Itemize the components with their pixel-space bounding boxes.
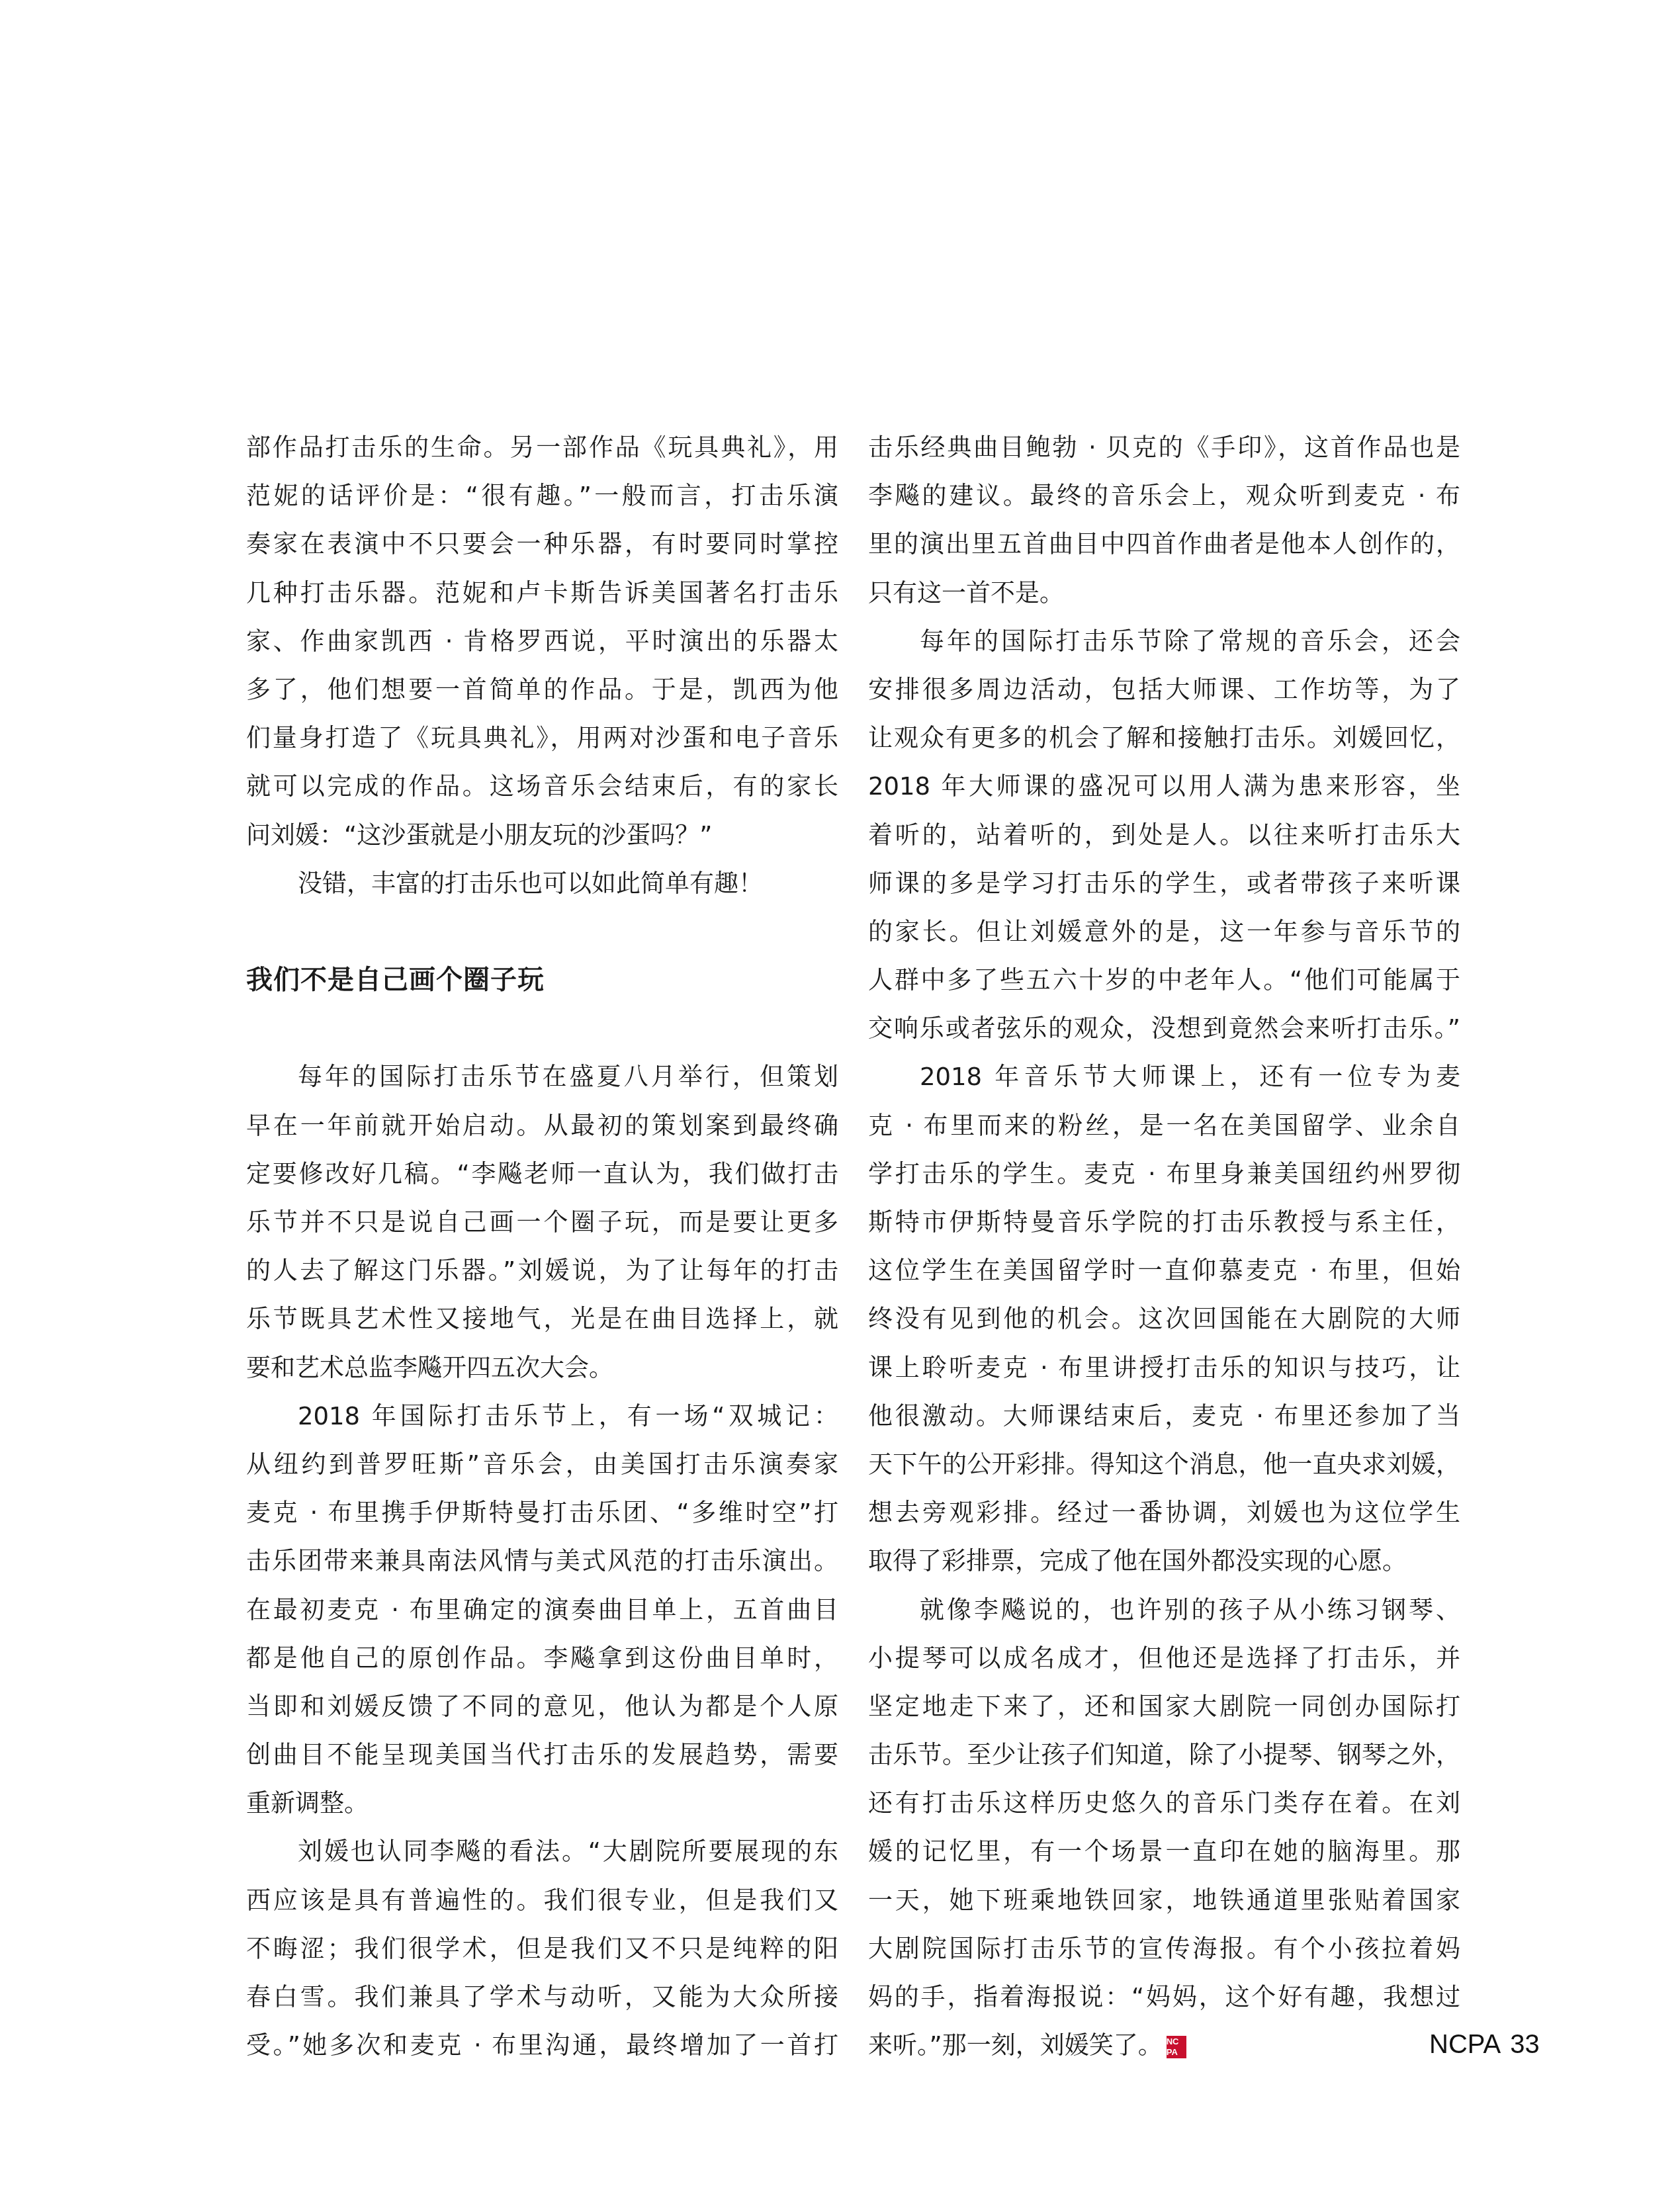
text-line: 终没有见到他的机会。这次回国能在大剧院的大师 bbox=[868, 1295, 1460, 1343]
text-line: 创曲目不能呈现美国当代打击乐的发展趋势，需要 bbox=[246, 1731, 838, 1779]
text-line: 学打击乐的学生。麦克 · 布里身兼美国纽约州罗彻 bbox=[868, 1150, 1460, 1198]
text-line: 受。”她多次和麦克 · 布里沟通，最终增加了一首打 bbox=[246, 2021, 838, 2070]
text-line: 克 · 布里而来的粉丝，是一名在美国留学、业余自 bbox=[868, 1102, 1460, 1150]
text-line: 在最初麦克 · 布里确定的演奏曲目单上，五首曲目 bbox=[246, 1586, 838, 1634]
text-line: 李飚的建议。最终的音乐会上，观众听到麦克 · 布 bbox=[868, 472, 1460, 520]
text-line: 每年的国际打击乐节在盛夏八月举行，但策划 bbox=[246, 1053, 838, 1101]
text-line: 媛的记忆里，有一个场景一直印在她的脑海里。那 bbox=[868, 1827, 1460, 1876]
text-line: 坚定地走下来了，还和国家大剧院一同创办国际打 bbox=[868, 1683, 1460, 1731]
text-line: 几种打击乐器。范妮和卢卡斯告诉美国著名打击乐 bbox=[246, 569, 838, 617]
text-line: 交响乐或者弦乐的观众，没想到竟然会来听打击乐。” bbox=[868, 1004, 1460, 1053]
text-line: 2018 年音乐节大师课上，还有一位专为麦 bbox=[868, 1053, 1460, 1101]
text-line: 还有打击乐这样历史悠久的音乐门类存在着。在刘 bbox=[868, 1779, 1460, 1827]
text-line: 大剧院国际打击乐节的宣传海报。有个小孩拉着妈 bbox=[868, 1925, 1460, 1973]
text-line: 从纽约到普罗旺斯”音乐会，由美国打击乐演奏家 bbox=[246, 1440, 838, 1489]
text-line: 只有这一首不是。 bbox=[868, 569, 1460, 617]
text-line: 问刘媛：“这沙蛋就是小朋友玩的沙蛋吗？” bbox=[246, 811, 838, 859]
text-line: 不晦涩；我们很学术，但是我们又不只是纯粹的阳 bbox=[246, 1925, 838, 1973]
text-line: 课上聆听麦克 · 布里讲授打击乐的知识与技巧，让 bbox=[868, 1344, 1460, 1392]
text-line: 没错，丰富的打击乐也可以如此简单有趣！ bbox=[246, 859, 838, 908]
text-line: 斯特市伊斯特曼音乐学院的打击乐教授与系主任， bbox=[868, 1198, 1460, 1247]
text-line: 就像李飚说的，也许别的孩子从小练习钢琴、 bbox=[868, 1586, 1460, 1634]
ncpa-end-mark-icon: NCPA bbox=[1167, 2036, 1186, 2058]
text-line: 范妮的话评价是：“很有趣。”一般而言，打击乐演 bbox=[246, 472, 838, 520]
text-line: 这位学生在美国留学时一直仰慕麦克 · 布里，但始 bbox=[868, 1247, 1460, 1295]
text-line: 他很激动。大师课结束后，麦克 · 布里还参加了当 bbox=[868, 1392, 1460, 1440]
text-line: 西应该是具有普遍性的。我们很专业，但是我们又 bbox=[246, 1876, 838, 1925]
end-mark-line1: NC bbox=[1167, 2036, 1186, 2047]
text-line: 击乐节。至少让孩子们知道，除了小提琴、钢琴之外， bbox=[868, 1731, 1460, 1779]
right-column: 击乐经典曲目鲍勃 · 贝克的《手印》，这首作品也是李飚的建议。最终的音乐会上，观… bbox=[868, 423, 1460, 2070]
text-line: 2018 年国际打击乐节上，有一场“双城记： bbox=[246, 1392, 838, 1440]
text-line: 就可以完成的作品。这场音乐会结束后，有的家长 bbox=[246, 762, 838, 810]
text-line: 乐节既具艺术性又接地气，光是在曲目选择上，就 bbox=[246, 1295, 838, 1343]
text-line: 击乐团带来兼具南法风情与美式风范的打击乐演出。 bbox=[246, 1537, 838, 1585]
text-line: 的家长。但让刘媛意外的是，这一年参与音乐节的 bbox=[868, 908, 1460, 956]
page-number: 33 bbox=[1510, 2030, 1540, 2059]
text-line: 多了，他们想要一首简单的作品。于是，凯西为他 bbox=[246, 666, 838, 714]
page-folio: NCPA33 bbox=[1429, 2030, 1540, 2060]
text-line: 里的演出里五首曲目中四首作曲者是他本人创作的， bbox=[868, 520, 1460, 568]
text-line: 每年的国际打击乐节除了常规的音乐会，还会 bbox=[868, 617, 1460, 666]
text-line: 奏家在表演中不只要会一种乐器，有时要同时掌控 bbox=[246, 520, 838, 568]
text-line: 着听的，站着听的，到处是人。以往来听打击乐大 bbox=[868, 811, 1460, 859]
text-line: 乐节并不只是说自己画一个圈子玩，而是要让更多 bbox=[246, 1198, 838, 1247]
text-line: 刘媛也认同李飚的看法。“大剧院所要展现的东 bbox=[246, 1827, 838, 1876]
text-line: 定要修改好几稿。“李飚老师一直认为，我们做打击 bbox=[246, 1150, 838, 1198]
text-line: 来听。”那一刻，刘媛笑了。NCPA bbox=[868, 2021, 1460, 2070]
text-line: 一天，她下班乘地铁回家，地铁通道里张贴着国家 bbox=[868, 1876, 1460, 1925]
section-heading: 我们不是自己画个圈子玩 bbox=[246, 956, 838, 1004]
text-line: 春白雪。我们兼具了学术与动听，又能为大众所接 bbox=[246, 1973, 838, 2021]
text-line: 重新调整。 bbox=[246, 1779, 838, 1827]
left-column: 部作品打击乐的生命。另一部作品《玩具典礼》，用范妮的话评价是：“很有趣。”一般而… bbox=[246, 423, 838, 2070]
text-line: 妈的手，指着海报说：“妈妈，这个好有趣，我想过 bbox=[868, 1973, 1460, 2021]
text-line: 都是他自己的原创作品。李飚拿到这份曲目单时， bbox=[246, 1634, 838, 1683]
text-line: 要和艺术总监李飚开四五次大会。 bbox=[246, 1344, 838, 1392]
text-line: 麦克 · 布里携手伊斯特曼打击乐团、“多维时空”打 bbox=[246, 1489, 838, 1537]
text-line: 小提琴可以成名成才，但他还是选择了打击乐，并 bbox=[868, 1634, 1460, 1683]
end-mark-line2: PA bbox=[1167, 2047, 1186, 2058]
text-line: 早在一年前就开始启动。从最初的策划案到最终确 bbox=[246, 1102, 838, 1150]
text-line: 想去旁观彩排。经过一番协调，刘媛也为这位学生 bbox=[868, 1489, 1460, 1537]
text-line: 人群中多了些五六十岁的中老年人。“他们可能属于 bbox=[868, 956, 1460, 1004]
text-line: 安排很多周边活动，包括大师课、工作坊等，为了 bbox=[868, 666, 1460, 714]
text-line: 家、作曲家凯西 · 肯格罗西说，平时演出的乐器太 bbox=[246, 617, 838, 666]
text-line: 的人去了解这门乐器。”刘媛说，为了让每年的打击 bbox=[246, 1247, 838, 1295]
text-line: 让观众有更多的机会了解和接触打击乐。刘媛回忆， bbox=[868, 714, 1460, 762]
text-line: 天下午的公开彩排。得知这个消息，他一直央求刘媛， bbox=[868, 1440, 1460, 1489]
text-line: 当即和刘媛反馈了不同的意见，他认为都是个人原 bbox=[246, 1683, 838, 1731]
text-line: 击乐经典曲目鲍勃 · 贝克的《手印》，这首作品也是 bbox=[868, 423, 1460, 472]
paragraph-spacer bbox=[246, 1004, 838, 1053]
text-line: 取得了彩排票，完成了他在国外都没实现的心愿。 bbox=[868, 1537, 1460, 1585]
paragraph-spacer bbox=[246, 908, 838, 956]
publication-name: NCPA bbox=[1429, 2030, 1501, 2059]
text-line: 师课的多是学习打击乐的学生，或者带孩子来听课 bbox=[868, 859, 1460, 908]
text-line: 2018 年大师课的盛况可以用人满为患来形容，坐 bbox=[868, 762, 1460, 810]
text-line: 们量身打造了《玩具典礼》，用两对沙蛋和电子音乐 bbox=[246, 714, 838, 762]
text-line: 部作品打击乐的生命。另一部作品《玩具典礼》，用 bbox=[246, 423, 838, 472]
